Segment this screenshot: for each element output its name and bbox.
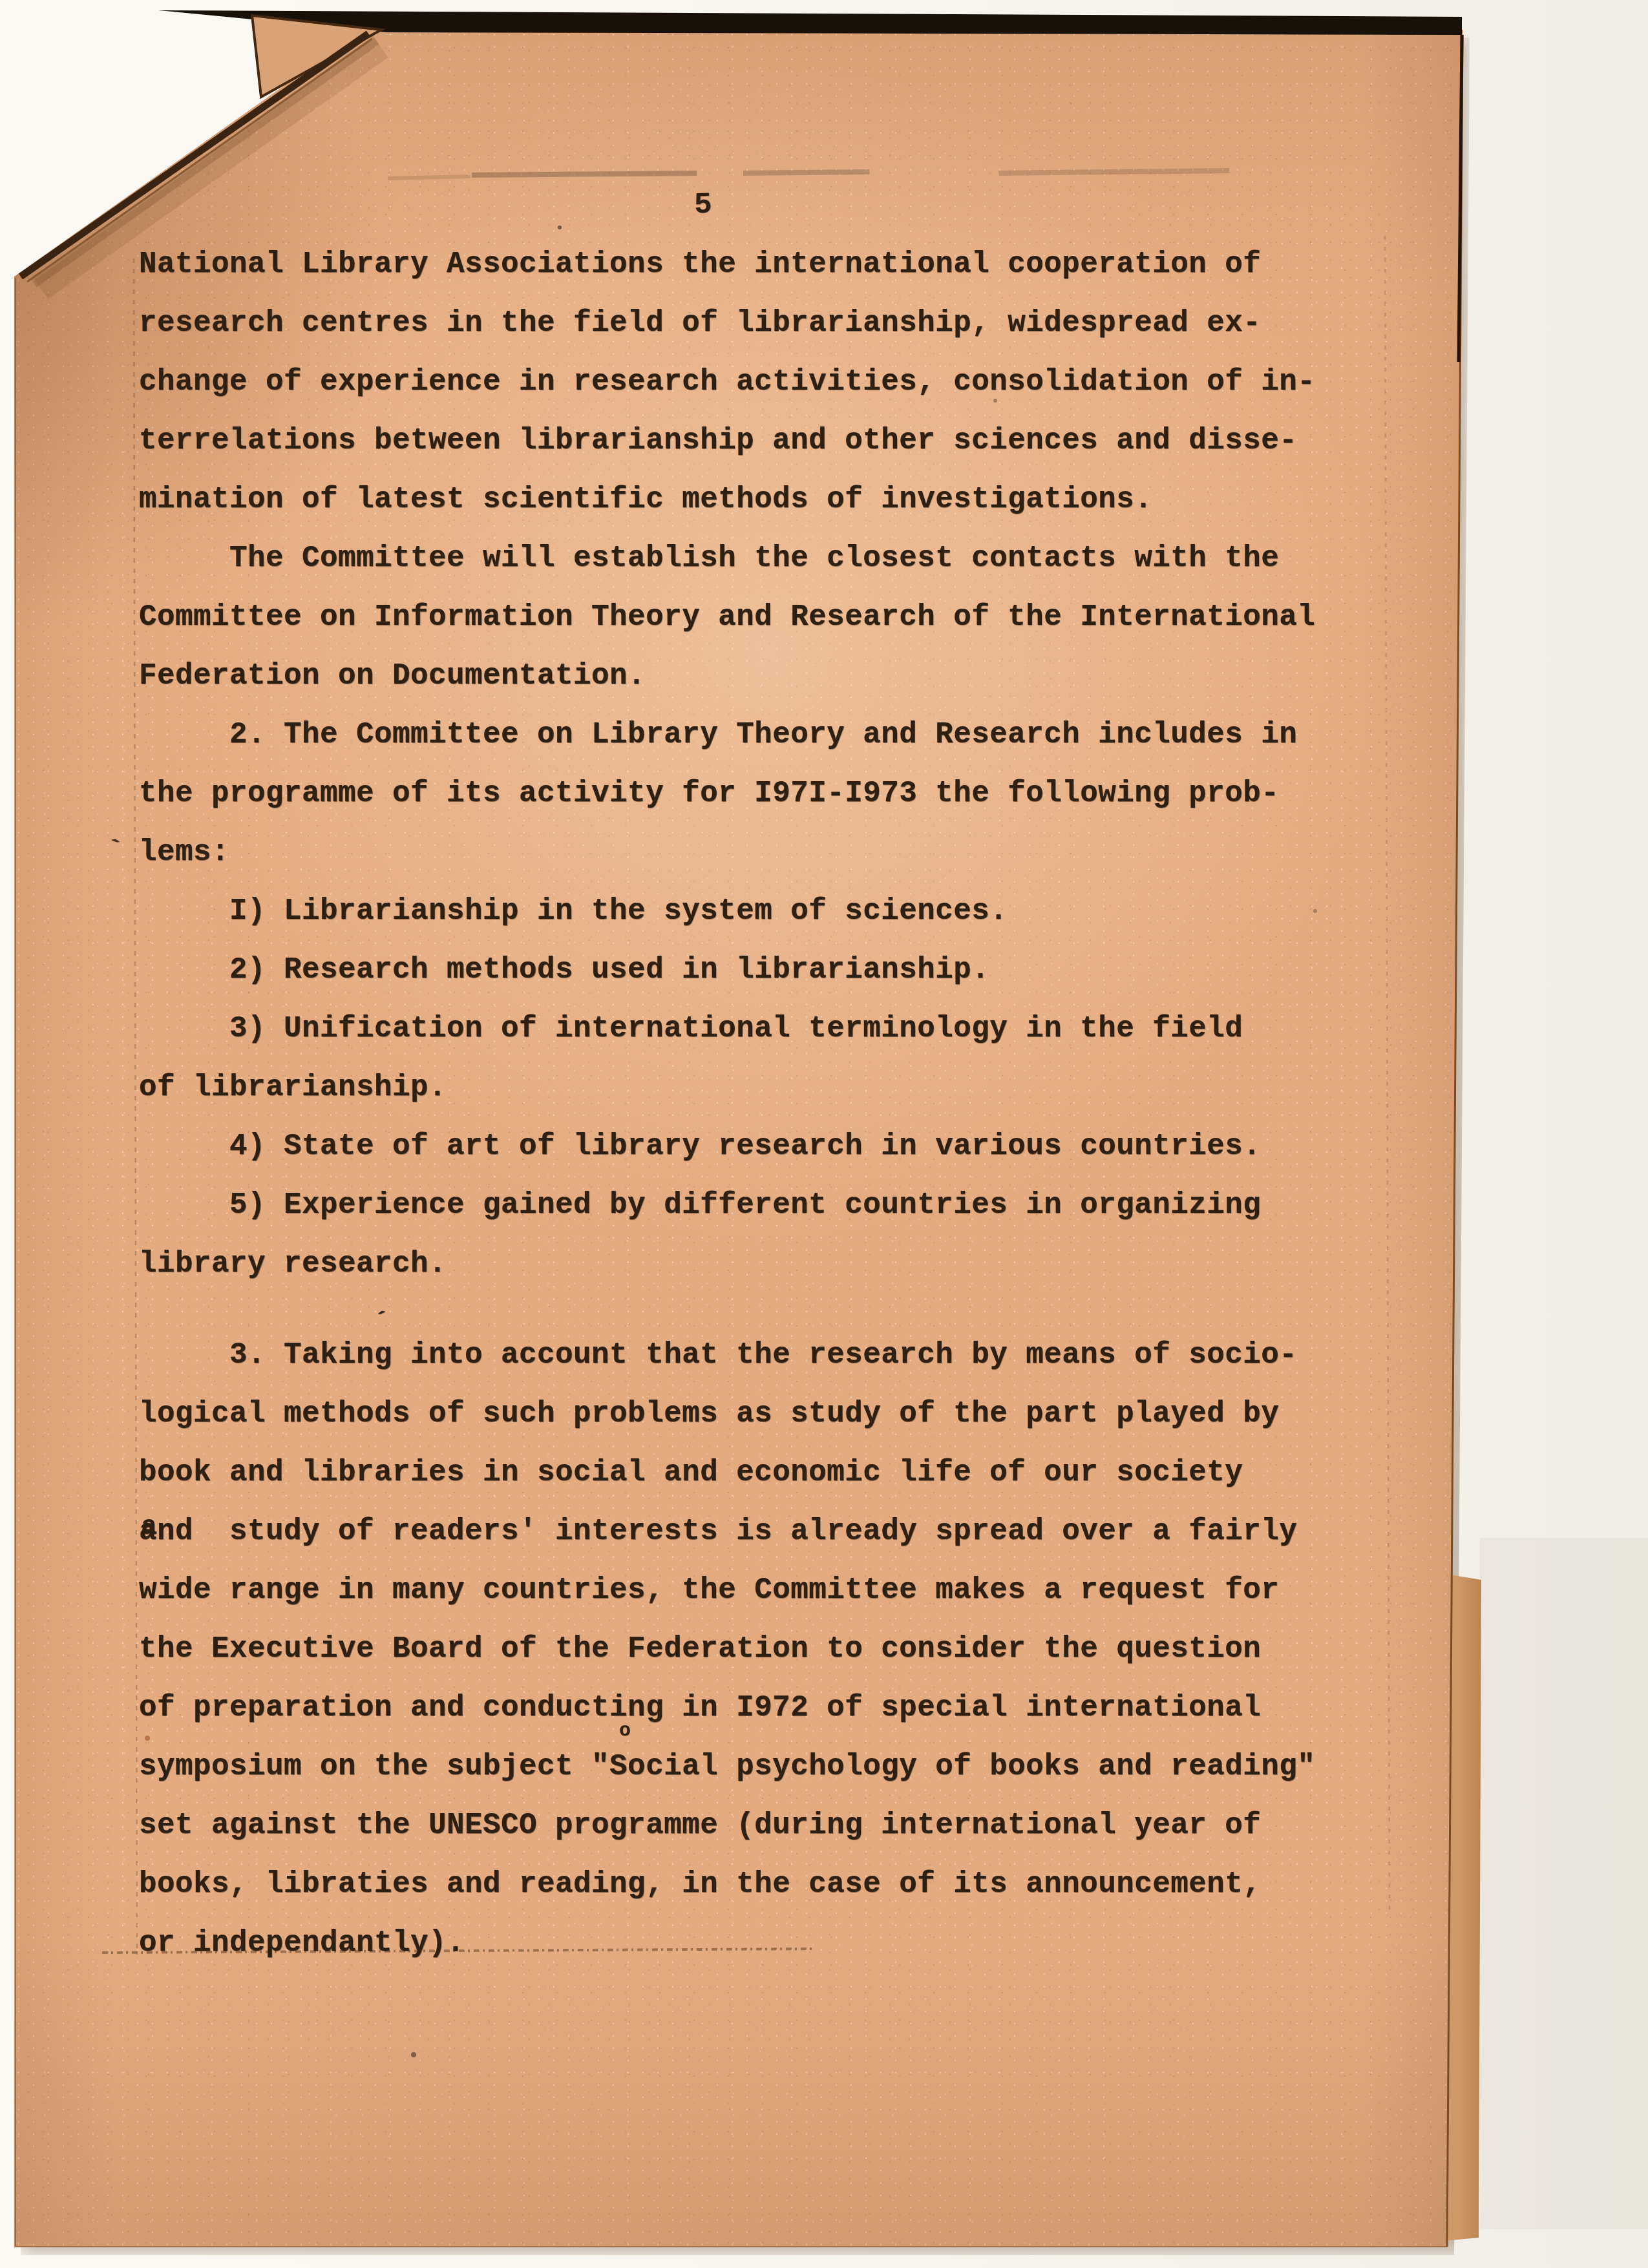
typewritten-line: mination of latest scientific methods of… (139, 470, 1496, 529)
typewritten-line: of preparation and conducting in I972 of… (139, 1679, 1496, 1738)
typewritten-line: I) Librarianship in the system of scienc… (139, 882, 1496, 941)
typewritten-line: change of experience in research activit… (139, 353, 1496, 412)
typewritten-line: book and libraries in social and economi… (139, 1444, 1496, 1502)
scanner-shadow (1480, 1538, 1648, 2229)
scanned-document: 5 National Library Associations the inte… (0, 0, 1648, 2268)
typewritten-line: National Library Associations the intern… (139, 235, 1496, 294)
typewritten-line: or independantly). (139, 1914, 1496, 1973)
typewritten-line: 4) State of art of library research in v… (139, 1117, 1496, 1176)
typewritten-line: wide range in many countries, the Commit… (139, 1561, 1496, 1620)
typewritten-line: 2) Research methods used in librarianshi… (139, 941, 1496, 1000)
typed-correction-o: o (619, 1721, 631, 1741)
typewritten-line: the Executive Board of the Federation to… (139, 1620, 1496, 1679)
page-number: 5 (693, 182, 713, 228)
typewritten-line: books, libraties and reading, in the cas… (139, 1855, 1496, 1914)
typewritten-line: The Committee will establish the closest… (139, 529, 1496, 588)
typewritten-line: Federation on Documentation. (139, 647, 1496, 706)
typewritten-text-block: National Library Associations the intern… (139, 235, 1496, 1973)
typewritten-line: of librarianship. (139, 1058, 1496, 1117)
typewritten-line: library research. (139, 1235, 1496, 1294)
typewritten-line: Committee on Information Theory and Rese… (139, 588, 1496, 647)
typewritten-line: 5) Experience gained by different countr… (139, 1176, 1496, 1235)
typewritten-line: symposium on the subject "Social psychol… (139, 1738, 1496, 1796)
typewritten-line: logical methods of such problems as stud… (139, 1385, 1496, 1444)
typed-correction-a: a (141, 1513, 157, 1540)
typewritten-line: the programme of its activity for I97I-I… (139, 764, 1496, 823)
typewritten-line: 3. Taking into account that the research… (139, 1326, 1496, 1385)
typewritten-line: terrelations between librarianship and o… (139, 412, 1496, 470)
typewritten-line: set against the UNESCO programme (during… (139, 1796, 1496, 1855)
typewritten-line: and study of readers' interests is alrea… (139, 1502, 1496, 1561)
typewritten-line: 2. The Committee on Library Theory and R… (139, 706, 1496, 764)
typewritten-line: lems: (139, 823, 1496, 882)
typewritten-line: 3) Unification of international terminol… (139, 1000, 1496, 1058)
typewritten-line: research centres in the field of librari… (139, 294, 1496, 353)
